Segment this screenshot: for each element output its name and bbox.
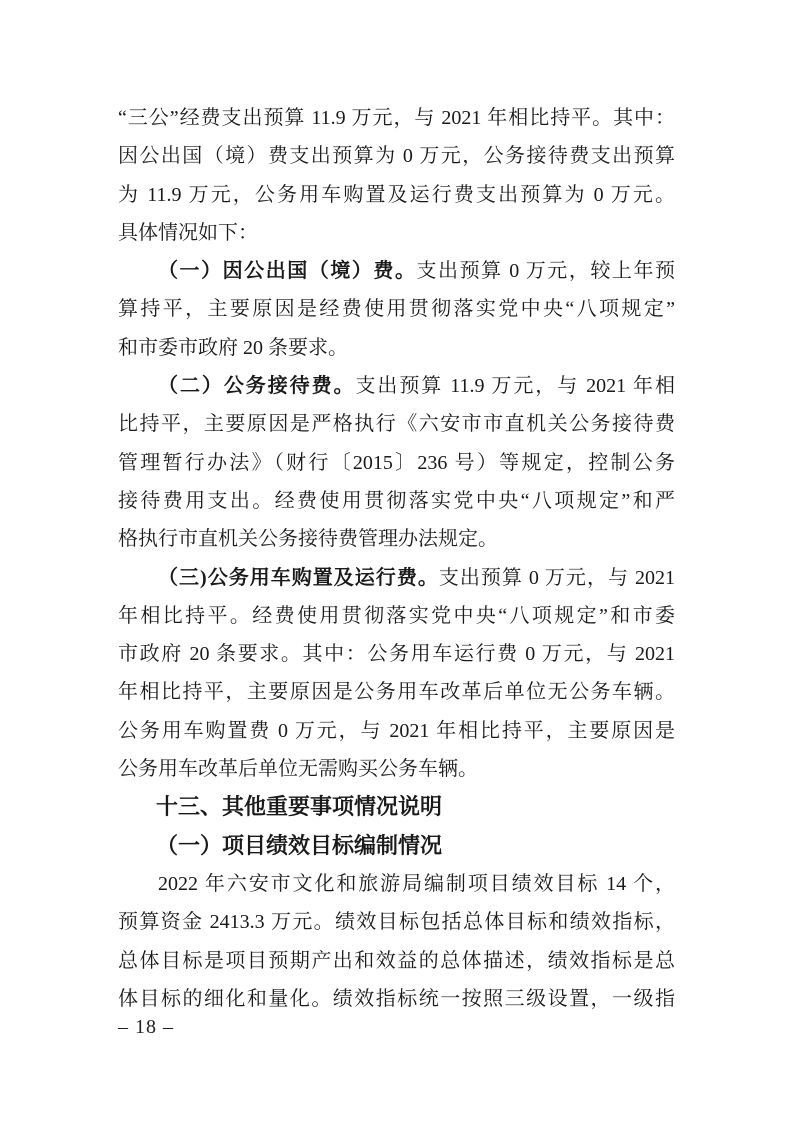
text-line: 年相比持平。经费使用贯彻落实党中央“八项规定”和市委 [118,597,675,635]
text-run: 因公出国（境）费支出预算为 0 万元，公务接待费支出预算 [118,145,675,167]
text-run: 为 11.9 万元，公务用车购置及运行费支出预算为 0 万元。 [118,184,675,206]
text-run: 支出预算 0 万元，较上年预 [417,260,676,282]
text-line: 因公出国（境）费支出预算为 0 万元，公务接待费支出预算 [118,137,675,175]
text-line: 接待费用支出。经费使用贯彻落实党中央“八项规定”和严 [118,482,675,520]
page-number: – 18 – [118,1016,174,1039]
text-run: 预算资金 2413.3 万元。绩效目标包括总体目标和绩效指标， [118,911,675,933]
text-run: 公务用车改革后单位无需购买公务车辆。 [118,758,478,780]
text-line: （一）因公出国（境）费。支出预算 0 万元，较上年预 [118,252,675,290]
text-run: 公务用车购置费 0 万元，与 2021 年相比持平，主要原因是 [118,720,675,742]
heading-section-thirteen: 十三、其他重要事项情况说明 [118,788,675,826]
text-run: 算持平，主要原因是经费使用贯彻落实党中央“八项规定” [118,298,675,320]
text-line: 和市委市政府 20 条要求。 [118,329,675,367]
text-run: 2022 年六安市文化和旅游局编制项目绩效目标 14 个， [158,873,675,895]
heading-performance-targets: （一）项目绩效目标编制情况 [118,827,675,865]
text-run: 体目标的细化和量化。绩效指标统一按照三级设置，一级指 [118,988,675,1010]
bold-text-run: （二）公务接待费。 [158,375,355,397]
text-run: 总体目标是项目预期产出和效益的总体描述，绩效指标是总 [118,950,675,972]
document-body: “三公”经费支出预算 11.9 万元，与 2021 年相比持平。其中：因公出国（… [118,99,675,1018]
text-run: 支出预算 0 万元，与 2021 [439,567,675,589]
text-line: （一）项目绩效目标编制情况 [118,827,675,865]
text-line: 预算资金 2413.3 万元。绩效目标包括总体目标和绩效指标， [118,903,675,941]
text-line: 算持平，主要原因是经费使用贯彻落实党中央“八项规定” [118,290,675,328]
document-page: “三公”经费支出预算 11.9 万元，与 2021 年相比持平。其中：因公出国（… [0,0,793,1122]
text-line: 比持平，主要原因是严格执行《六安市市直机关公务接待费 [118,405,675,443]
text-line: 为 11.9 万元，公务用车购置及运行费支出预算为 0 万元。 [118,176,675,214]
text-run: 比持平，主要原因是严格执行《六安市市直机关公务接待费 [118,413,675,435]
text-line: 年相比持平，主要原因是公务用车改革后单位无公务车辆。 [118,673,675,711]
text-line: 公务用车改革后单位无需购买公务车辆。 [118,750,675,788]
text-run: 年相比持平，主要原因是公务用车改革后单位无公务车辆。 [118,681,675,703]
text-line: “三公”经费支出预算 11.9 万元，与 2021 年相比持平。其中： [118,99,675,137]
text-line: 十三、其他重要事项情况说明 [118,788,675,826]
text-run: 具体情况如下： [118,222,258,244]
text-line: 2022 年六安市文化和旅游局编制项目绩效目标 14 个， [118,865,675,903]
text-line: 市政府 20 条要求。其中：公务用车运行费 0 万元，与 2021 [118,635,675,673]
bold-text-run: （一）项目绩效目标编制情况 [156,833,442,858]
text-line: 体目标的细化和量化。绩效指标统一按照三级设置，一级指 [118,980,675,1018]
bold-text-run: 十三、其他重要事项情况说明 [156,794,442,819]
paragraph-vehicle-expense: （三)公务用车购置及运行费。支出预算 0 万元，与 2021年相比持平。经费使用… [118,559,675,789]
paragraph-sangong-summary: “三公”经费支出预算 11.9 万元，与 2021 年相比持平。其中：因公出国（… [118,99,675,252]
text-line: （二）公务接待费。支出预算 11.9 万元，与 2021 年相 [118,367,675,405]
text-line: （三)公务用车购置及运行费。支出预算 0 万元，与 2021 [118,559,675,597]
text-run: 接待费用支出。经费使用贯彻落实党中央“八项规定”和严 [118,490,675,512]
bold-text-run: （三)公务用车购置及运行费。 [158,567,439,589]
paragraph-reception-expense: （二）公务接待费。支出预算 11.9 万元，与 2021 年相比持平，主要原因是… [118,367,675,558]
paragraph-performance-detail: 2022 年六安市文化和旅游局编制项目绩效目标 14 个，预算资金 2413.3… [118,865,675,1018]
bold-text-run: （一）因公出国（境）费。 [158,260,417,282]
text-run: 管理暂行办法》（财行〔2015〕236 号）等规定，控制公务 [118,452,675,474]
text-run: 格执行市直机关公务接待费管理办法规定。 [118,528,498,550]
text-run: 市政府 20 条要求。其中：公务用车运行费 0 万元，与 2021 [118,643,675,665]
text-line: 具体情况如下： [118,214,675,252]
text-run: 支出预算 11.9 万元，与 2021 年相 [355,375,675,397]
text-run: 和市委市政府 20 条要求。 [118,337,348,359]
text-run: “三公”经费支出预算 11.9 万元，与 2021 年相比持平。其中： [118,107,675,129]
text-line: 公务用车购置费 0 万元，与 2021 年相比持平，主要原因是 [118,712,675,750]
text-run: 年相比持平。经费使用贯彻落实党中央“八项规定”和市委 [118,605,675,627]
text-line: 总体目标是项目预期产出和效益的总体描述，绩效指标是总 [118,942,675,980]
text-line: 格执行市直机关公务接待费管理办法规定。 [118,520,675,558]
text-line: 管理暂行办法》（财行〔2015〕236 号）等规定，控制公务 [118,444,675,482]
paragraph-abroad-expense: （一）因公出国（境）费。支出预算 0 万元，较上年预算持平，主要原因是经费使用贯… [118,252,675,367]
